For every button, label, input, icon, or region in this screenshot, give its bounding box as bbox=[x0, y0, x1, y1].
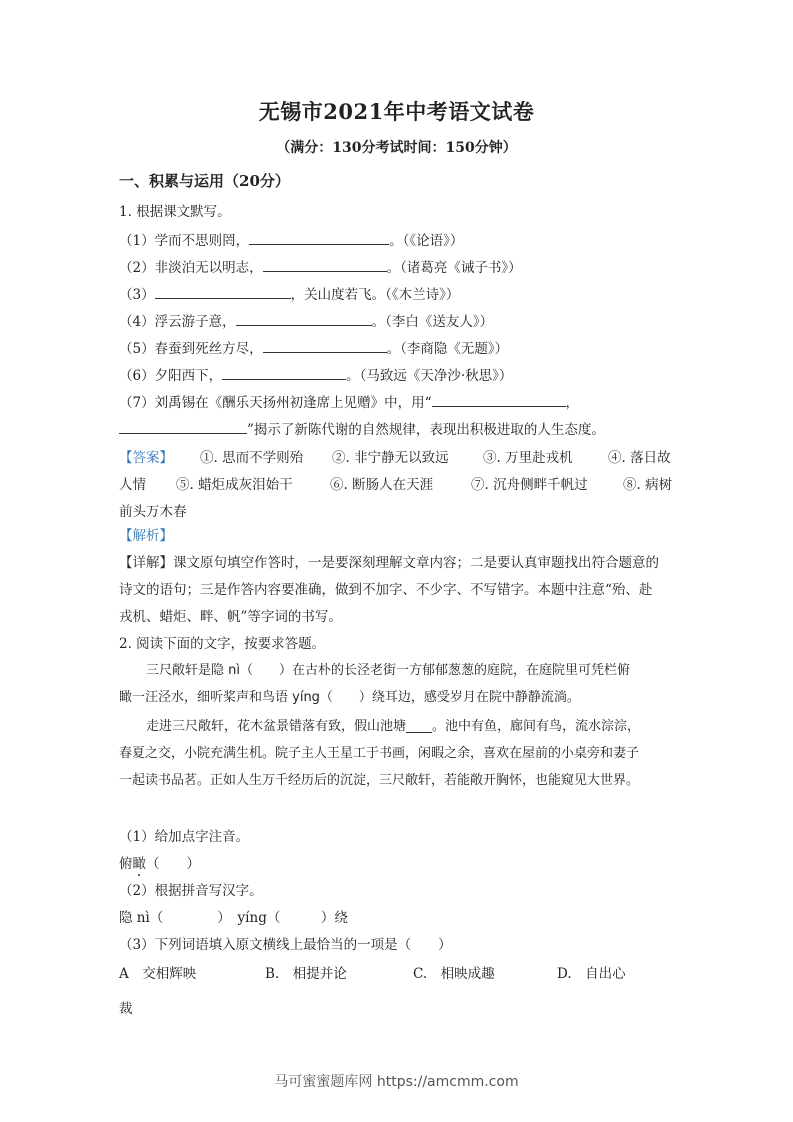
q1-item-4-prefix: （4）浮云游子意， bbox=[119, 314, 236, 330]
answer-paren[interactable]: （ ） bbox=[146, 856, 200, 872]
q2-sub1: （1）给加点字注音。 bbox=[119, 828, 249, 846]
q1-item-7: （7）刘禹锡在《酬乐天扬州初逢席上见赠》中，用“， bbox=[119, 392, 579, 412]
answer-blank[interactable] bbox=[263, 338, 387, 353]
q1-item-3: （3），关山度若飞。（《木兰诗》） bbox=[119, 284, 459, 304]
q1-item-3-prefix: （3） bbox=[119, 287, 155, 303]
option-d[interactable]: D. 自出心 bbox=[557, 962, 626, 982]
answer-blank[interactable] bbox=[222, 365, 346, 380]
q1-item-2-source: 。（诸葛亮《诫子书》） bbox=[387, 260, 522, 276]
footer-watermark: 马可蜜蜜题库网 https://amcmm.com bbox=[0, 1071, 793, 1091]
q1-item-4-source: 。（李白《送友人》） bbox=[372, 314, 494, 330]
answer-blank[interactable] bbox=[236, 311, 372, 326]
dotted-char: 瞰 bbox=[133, 856, 147, 872]
q1-item-7-prefix: （7）刘禹锡在《酬乐天扬州初逢席上见赠》中，用“ bbox=[119, 395, 432, 411]
question-1-stem: 1. 根据课文默写。 bbox=[119, 203, 231, 221]
answer-item: ④. 落日故 bbox=[608, 446, 671, 466]
q1-item-7-tail: ”揭示了新陈代谢的自然规律，表现出积极进取的人生态度。 bbox=[247, 422, 605, 438]
analysis-detail-line: 戎机、蜡炬、畔、帆”等字词的书写。 bbox=[119, 608, 342, 626]
exam-subtitle: （满分：130分考试时间：150分钟） bbox=[0, 137, 793, 157]
answer-label: 【答案】 bbox=[119, 446, 173, 466]
answer-item: 前头万木春 bbox=[119, 500, 187, 520]
q1-item-2: （2）非淡泊无以明志，。（诸葛亮《诫子书》） bbox=[119, 257, 522, 277]
page-title: 无锡市2021年中考语文试卷 bbox=[0, 96, 793, 126]
q1-item-7-comma: ， bbox=[566, 395, 580, 411]
q1-item-1-prefix: （1）学而不思则罔， bbox=[119, 233, 249, 249]
q1-item-4: （4）浮云游子意，。（李白《送友人》） bbox=[119, 311, 493, 331]
q1-item-5: （5）春蚕到死丝方尽，。（李商隐《无题》） bbox=[119, 338, 508, 358]
q1-item-6-prefix: （6）夕阳西下， bbox=[119, 368, 222, 384]
question-2-stem: 2. 阅读下面的文字，按要求答题。 bbox=[119, 635, 325, 653]
word-char: 俯 bbox=[119, 856, 133, 872]
analysis-detail-line: 【详解】课文原句填空作答时，一是要深刻理解文章内容；二是要认真审题找出符合题意的 bbox=[119, 554, 659, 572]
q1-item-3-source: ，关山度若飞。（《木兰诗》） bbox=[291, 287, 460, 303]
option-b[interactable]: B. 相提并论 bbox=[265, 962, 347, 982]
q1-item-2-prefix: （2）非淡泊无以明志， bbox=[119, 260, 263, 276]
option-a[interactable]: A 交相辉映 bbox=[119, 962, 196, 982]
answer-item: ③. 万里赴戎机 bbox=[483, 446, 573, 466]
q2-sub3: （3）下列词语填入原文横线上最恰当的一项是（ ） bbox=[119, 936, 452, 954]
answer-item: ⑥. 断肠人在天涯 bbox=[330, 473, 433, 493]
option-c[interactable]: C. 相映成趣 bbox=[413, 962, 495, 982]
q1-item-6-source: 。（马致远《天净沙·秋思》） bbox=[346, 368, 512, 384]
exam-page: 无锡市2021年中考语文试卷 （满分：130分考试时间：150分钟） 一、积累与… bbox=[0, 0, 793, 1122]
answer-item: ①. 思而不学则殆 bbox=[200, 446, 303, 466]
q2-sub2: （2）根据拼音写汉字。 bbox=[119, 882, 263, 900]
analysis-label: 【解析】 bbox=[119, 527, 173, 545]
passage-line: 春夏之交，小院充满生机。院子主人王星工于书画，闲暇之余，喜欢在屋前的小桌旁和妻子 bbox=[119, 745, 639, 763]
answer-item: ②. 非宁静无以致远 bbox=[332, 446, 449, 466]
passage-line: 瞰一汪泾水，细听桨声和鸟语 yíng（ ）绕耳边，感受岁月在院中静静流淌。 bbox=[119, 689, 580, 707]
passage-line: 一起读书品茗。正如人生万千经历后的沉淀，三尺敞轩，若能敞开胸怀，也能窥见大世界。 bbox=[119, 772, 639, 790]
passage-line: 走进三尺敞轩，花木盆景错落有致，假山池塘____。池中有鱼，廊间有鸟，流水淙淙， bbox=[146, 718, 640, 736]
q1-item-6: （6）夕阳西下，。（马致远《天净沙·秋思》） bbox=[119, 365, 512, 385]
q1-item-1-source: 。（《论语》） bbox=[389, 233, 463, 249]
answer-item: 人情 bbox=[119, 473, 146, 493]
q2-sub1-word: 俯瞰（ ） bbox=[119, 855, 200, 873]
answer-blank[interactable] bbox=[155, 284, 291, 299]
answer-item: ⑤. 蜡炬成灰泪始干 bbox=[176, 473, 293, 493]
answer-blank[interactable] bbox=[119, 419, 247, 434]
passage-line: 三尺敞轩是隐 nì（ ）在古朴的长泾老街一方郁郁葱葱的庭院，在庭院里可凭栏俯 bbox=[146, 662, 630, 680]
q1-item-5-prefix: （5）春蚕到死丝方尽， bbox=[119, 341, 263, 357]
q1-item-1: （1）学而不思则罔，。（《论语》） bbox=[119, 230, 463, 250]
answer-item: ⑧. 病树 bbox=[623, 473, 672, 493]
q1-item-7-continued: ”揭示了新陈代谢的自然规律，表现出积极进取的人生态度。 bbox=[119, 419, 605, 439]
answer-blank[interactable] bbox=[263, 257, 387, 272]
section-heading: 一、积累与运用（20分） bbox=[119, 172, 290, 190]
answer-blank[interactable] bbox=[249, 230, 389, 245]
analysis-detail-line: 诗文的语句；三是作答内容要准确，做到不加字、不少字、不写错字。本题中注意“殆、赴 bbox=[119, 581, 652, 599]
q2-sub2-line[interactable]: 隐 nì（ ） yíng（ ）绕 bbox=[119, 909, 348, 927]
option-d-continued: 裁 bbox=[119, 1000, 133, 1018]
answer-item: ⑦. 沉舟侧畔千帆过 bbox=[471, 473, 588, 493]
answer-blank[interactable] bbox=[432, 392, 566, 407]
q1-item-5-source: 。（李商隐《无题》） bbox=[387, 341, 509, 357]
